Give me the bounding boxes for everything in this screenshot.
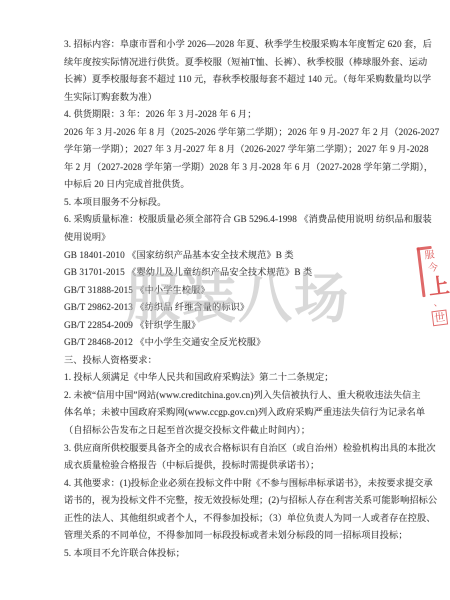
text-line: 学年第一学期）；2027 年 3 月-2027 年 8 月（2026-2027 …	[64, 141, 394, 159]
text-line: 5. 本项目服务不分标段。	[64, 194, 394, 212]
text-line: 生实际订购套数为准）	[64, 89, 394, 107]
text-line: 三、投标人资格要求：	[64, 352, 394, 370]
red-stamp: 服 今 上 、 世	[414, 239, 450, 343]
text-line: 4. 其他要求：(1)投标企业必须在投标文件中附《不参与围标串标承诺书》，未按要…	[64, 475, 394, 493]
text-line: GB/T 31888-2015 《中小学生校服》	[64, 282, 394, 300]
text-line: 5. 本项目不允许联合体投标；	[64, 545, 394, 563]
stamp-glyph: 上	[427, 273, 450, 299]
text-line: 6. 采购质量标准：校服质量必须全部符合 GB 5296.4-1998 《消费品…	[64, 211, 394, 229]
text-line: 4. 供货期限：3 年：2026 年 3 月-2028 年 6 月；	[64, 106, 394, 124]
text-line: 2. 未被“信用中国”网站(www.creditchina.gov.cn)列入失…	[64, 387, 394, 405]
text-line: GB/T 28468-2012 《中小学生交通安全反光校服》	[64, 334, 394, 352]
text-line: 正性的法人、其他组织或者个人，不得参加投标；（3）单位负责人为同一人或者存在控股…	[64, 510, 394, 528]
text-line: GB 31701-2015 《婴幼儿及儿童纺织产品安全技术规范》B 类	[64, 264, 394, 282]
text-line: （自招标公告发布之日起至首次提交投标文件截止时间内）；	[64, 422, 394, 440]
stamp-glyph: 世	[431, 309, 448, 326]
text-line: GB/T 22854-2009 《针织学生服》	[64, 317, 394, 335]
text-line: 2026 年 3 月-2026 年 8 月（2025-2026 学年第二学期）；…	[64, 124, 394, 142]
text-line: 3. 招标内容：阜康市晋和小学 2026—2028 年夏、秋季学生校服采购本年度…	[64, 36, 394, 54]
text-line: 体名单；未被中国政府采购网(www.ccgp.gov.cn)列入政府采购严重违法…	[64, 404, 394, 422]
text-line: 管理关系的不同单位，不得参加同一标段投标或者未划分标段的同一招标项目投标；	[64, 527, 394, 545]
text-line: 中标后 20 日内完成首批供货。	[64, 176, 394, 194]
text-line: 成衣质量检验合格报告（中标后提供，投标时需提供承诺书）；	[64, 457, 394, 475]
text-line: 续年度按实际情况进行供货。夏季校服（短袖T恤、长裤）、秋季校服（棒球服外套、运动	[64, 54, 394, 72]
text-line: 1. 投标人须满足《中华人民共和国政府采购法》第二十二条规定；	[64, 369, 394, 387]
stamp-glyphs: 服 今 上 、 世	[424, 248, 450, 326]
stamp-glyph: 、	[433, 298, 443, 308]
scanned-document-page: 3. 招标内容：阜康市晋和小学 2026—2028 年夏、秋季学生校服采购本年度…	[0, 0, 450, 600]
document-body: 3. 招标内容：阜康市晋和小学 2026—2028 年夏、秋季学生校服采购本年度…	[64, 36, 394, 562]
text-line: 诺书的，视为投标文件不完整，按无效投标处理；(2)与招标人存在利害关系可能影响招…	[64, 492, 394, 510]
text-line: GB 18401-2010 《国家纺织产品基本安全技术规范》B 类	[64, 247, 394, 265]
text-line: GB/T 29862-2013 《纺织品 纤维含量的标识》	[64, 299, 394, 317]
text-line: 长裤）夏季校服每套不超过 110 元，春秋季校服每套不超过 140 元。（每年采…	[64, 71, 394, 89]
text-line: 3. 供应商所供校服要具备齐全的成衣合格标识有自治区（或自治州）检验机构出具的本…	[64, 440, 394, 458]
text-line: 使用说明》	[64, 229, 394, 247]
text-line: 年 2 月（2027-2028 学年第一学期）2028 年 3 月-2028 年…	[64, 159, 394, 177]
